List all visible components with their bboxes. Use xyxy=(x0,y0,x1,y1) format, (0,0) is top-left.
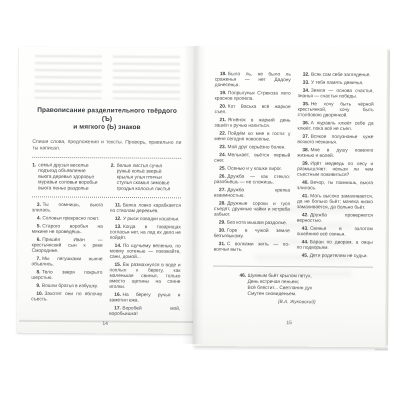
exercise-item: 15.Ёж размахнулся в воде и поплыл к бере… xyxy=(109,262,180,290)
exercise-item: 32.Всяк сам себе загляденье. xyxy=(298,72,374,78)
word-list-row: 1. семья друзья веселье подъезд объявлен… xyxy=(32,162,181,192)
item-text: Мы лягушками нынче объелись. xyxy=(32,256,103,267)
book-photo: Правописание разделительного твёрдого (Ъ… xyxy=(0,0,400,400)
item-number: 32. xyxy=(303,72,310,78)
item-text: Осенью и у кошки пирог. xyxy=(227,166,282,172)
exercise-item: 40.Вечор, ты помнишь, вьюга злилась. xyxy=(297,180,373,192)
exercise-item: 33.У тебя память девичья. xyxy=(298,80,374,86)
item-number: 12. xyxy=(115,216,122,222)
item-text: Без кота мышам раздолье. xyxy=(227,220,287,226)
item-number: 46. xyxy=(239,273,246,297)
dotted-separator xyxy=(214,266,373,268)
word-list: 2. белые листья сучья ружьё копьё зверьё… xyxy=(111,163,182,192)
exercise-item: 9.Вошли братья в избушку. xyxy=(31,283,102,289)
exercise-item: 23.Мой друг серьёзно болен. xyxy=(214,144,290,150)
item-number: 25. xyxy=(219,166,226,172)
item-text: Ты помнишь, вьюга злилась. xyxy=(32,202,103,213)
exercise-item: 37.Всякое полузнанье хуже всякого незнан… xyxy=(297,134,373,146)
exercise-item: 13.Когда в товарищах согласья нет, на ла… xyxy=(110,224,181,241)
page-number-left: 14 xyxy=(17,320,193,327)
exercise-item: 30.Горе в чужой земле безъязыкому. xyxy=(214,228,290,240)
poem-attribution: (В.А. Жуковский) xyxy=(239,299,354,306)
item-text: Пришёл Иван — крестьянский сын к реке См… xyxy=(32,237,103,254)
item-number: 2. xyxy=(111,163,115,192)
exercise-item: 38.Мне в душу повеяло жизнью и волей. xyxy=(297,147,373,159)
exercise-item: 10.Захотят они по яблочку съесть. xyxy=(31,291,102,302)
exercise-item: 20.Кот Васька всё жаркое съел. xyxy=(215,104,291,116)
exercise-item: 28.Дружные сороки и гуся съедят, дружные… xyxy=(214,201,290,218)
dotted-separator xyxy=(32,197,181,199)
bleed-through-text xyxy=(35,55,180,100)
poem-text: Шумным бьёт крылом петух, День встречая … xyxy=(247,273,312,297)
exercise-item: 26.Дружба — как стекло: разобьёшь — не с… xyxy=(214,174,290,186)
item-text: Всяк сам себе загляденье. xyxy=(311,72,371,78)
exercise-item: 44.Баран по дворам, а овцы по подворьям. xyxy=(297,239,373,251)
exercise-item: 16.На берегу ручья я заметил ежа. xyxy=(109,292,180,303)
exercise-item: 42.Дружба проверяется верностью. xyxy=(297,212,373,224)
exercise-item: 14.По щучьему веленью, по моему хотенью … xyxy=(110,243,181,260)
exercise-item: 5.Старого воробья на мякине не проведёшь… xyxy=(32,224,103,235)
right-page-column-2: 32.Всяк сам себе загляденье. 33.У тебя п… xyxy=(297,72,374,262)
word-list-text: белые листья сучья ружьё копьё зверьё кр… xyxy=(117,163,171,192)
item-number: 9. xyxy=(36,283,40,289)
exercise-item: 35.Не хочу быть чёрной крестьянкой, хочу… xyxy=(298,101,374,118)
exercise-item: 8.Тело зверя покрыто шерстью. xyxy=(31,270,102,281)
exercise-item: 27.Дружба крепка взаимностью. xyxy=(214,187,290,199)
item-text: У тебя память девичья. xyxy=(311,80,364,86)
left-page-column-1: 3.Ты помнишь, вьюга злилась. 4.Соловьи п… xyxy=(31,202,103,319)
poem-item: 46. Шумным бьёт крылом петух, День встре… xyxy=(239,273,354,306)
exercise-item: 43.Свинья в золотом ошейнике всё свинья. xyxy=(297,226,373,238)
left-page: Правописание разделительного твёрдого (Ъ… xyxy=(17,47,195,334)
item-number: 45. xyxy=(302,253,309,259)
word-list: 1. семья друзья веселье подъезд объявлен… xyxy=(32,162,103,191)
exercise-item: 18.Было ль, не было ль сраженья — нет Да… xyxy=(215,71,291,88)
exercise-item: 24.Мелькает, вьётся первый снег. xyxy=(214,152,290,164)
page-stack-edge-bottom xyxy=(375,347,388,350)
page-heading: Правописание разделительного твёрдого (Ъ… xyxy=(32,106,181,132)
right-page-column-1: 18.Было ль, не было ль сраженья — нет Да… xyxy=(214,71,291,261)
left-page-column-2: 11.Белка ловко карабкается по стволам де… xyxy=(109,203,181,320)
item-number: 33. xyxy=(303,80,310,86)
exercise-item: 39.Идёт медведь по лесу и размышляет: не… xyxy=(297,161,373,178)
exercise-item: 7.Мы лягушками нынче объелись. xyxy=(32,256,103,267)
exercise-item: 41.Мать высоко замахивается, да не больн… xyxy=(297,193,373,210)
item-text: Дети родителям не судьи. xyxy=(310,253,368,259)
exercise-item: 25.Осенью и у кошки пирог. xyxy=(214,166,290,172)
exercise-item: 22.Пойдём ко мне в гости: у меня сегодня… xyxy=(214,131,290,143)
dotted-separator xyxy=(32,157,181,159)
exercise-item: 45.Дети родителям не судьи. xyxy=(297,253,373,259)
item-text: Вошли братья в избушку. xyxy=(42,283,98,289)
item-text: У рыси повадки кошачьи. xyxy=(123,216,180,222)
word-list-text: семья друзья веселье подъезд объявление … xyxy=(38,162,98,191)
exercise-item: 19.Попрыгунья Стрекоза лето красное проп… xyxy=(215,90,291,102)
open-book: Правописание разделительного твёрдого (Ъ… xyxy=(17,45,387,350)
exercise-item: 12.У рыси повадки кошачьи. xyxy=(110,216,181,222)
exercise-item: 29.Без кота мышам раздолье. xyxy=(214,220,290,226)
instruction-text: Спиши слова, предложения и тексты. Прове… xyxy=(32,138,181,152)
item-number: 23. xyxy=(219,144,226,150)
right-page: 18.Было ль, не было ль сраженья — нет Да… xyxy=(193,46,387,347)
item-number: 1. xyxy=(32,162,36,191)
page-number-right: 15 xyxy=(193,319,385,326)
exercise-item: 21.Ягнёнок в жаркий день зашёл к ручью н… xyxy=(214,117,290,129)
exercise-item: 34.Земля — основа счастья, знанья — счас… xyxy=(298,88,374,100)
exercise-item: 6.Пришёл Иван — крестьянский сын к реке … xyxy=(32,237,103,254)
exercise-item: 4.Соловьи прекрасно поют. xyxy=(32,216,103,222)
item-number: 4. xyxy=(37,216,41,222)
item-text: Старого воробья на мякине не проведёшь. xyxy=(32,224,103,235)
exercise-item: 17.Воробей мой, воробьишка! xyxy=(109,306,180,317)
item-text: Соловьи прекрасно поют. xyxy=(42,216,99,222)
item-text: Тело зверя покрыто шерстью. xyxy=(31,270,102,281)
exercise-item: 11.Белка ловко карабкается по стволам де… xyxy=(110,203,181,214)
exercise-item: 3.Ты помнишь, вьюга злилась. xyxy=(32,202,103,213)
exercise-item: 36.А журавль клюёт себе да клюёт, пока в… xyxy=(297,120,373,132)
exercise-item: 31.С волками жить — по-волчьи выть. xyxy=(214,241,290,253)
item-text: Мой друг серьёзно болен. xyxy=(228,144,286,150)
item-number: 29. xyxy=(219,220,226,226)
